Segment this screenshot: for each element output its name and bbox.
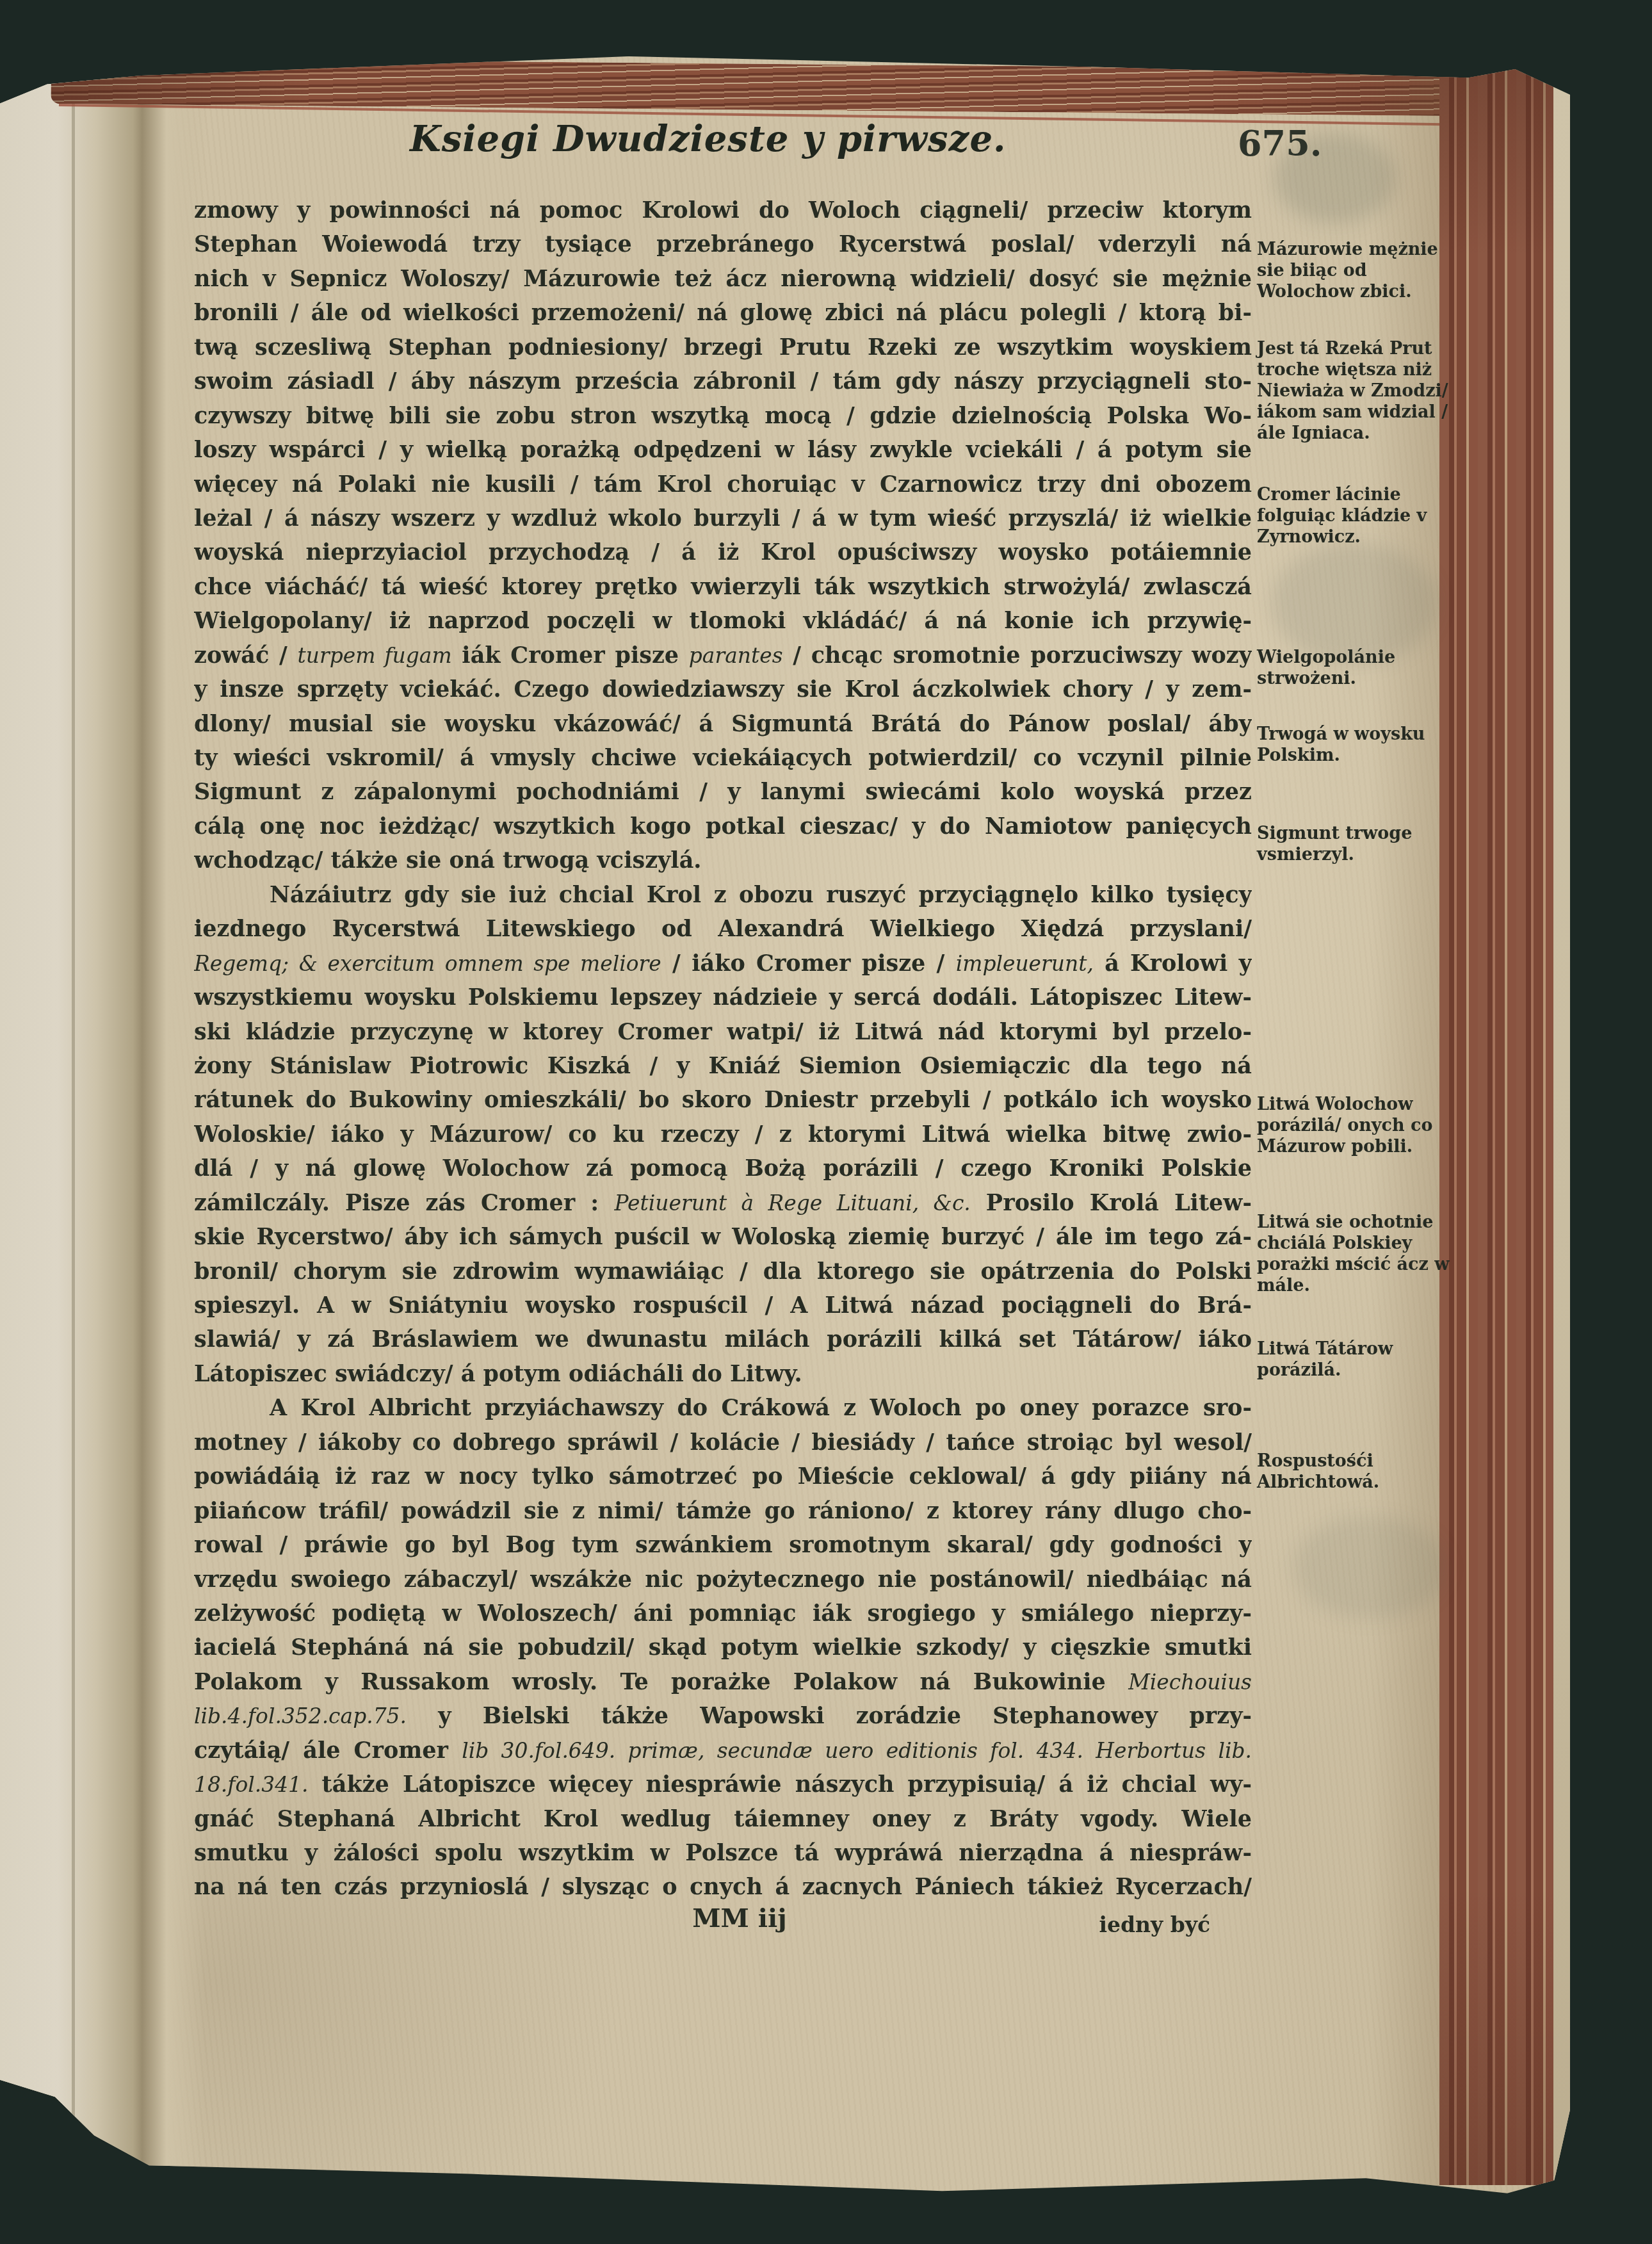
outer-leaf-edge [1553,69,1575,2176]
text-line: czywszy bitwę bili sie zobu stron wszytk… [194,399,1252,433]
text-line: nich v Sepnicz Woloszy/ Mázurowie też ác… [194,262,1252,296]
text-line: dlá / y ná glowę Wolochow zá pomocą Bożą… [194,1151,1252,1185]
margin-note: Trwogá w woysku Polskim. [1257,724,1463,766]
text-line: lib.4.fol.352.cap.75. y Bielski tákże Wa… [194,1699,1252,1733]
text-line: więcey ná Polaki nie kusili / tám Krol c… [194,467,1252,501]
text-line: y insze sprzęty vciekáć. Czego dowiedzia… [194,672,1252,706]
text-line: Regemq; & exercitum omnem spe meliore / … [194,947,1252,980]
text-line: piiańcow tráfil/ powádzil sie z nimi/ tá… [194,1494,1252,1528]
text-line: dlony/ musial sie woysku vkázowáć/ á Sig… [194,707,1252,741]
text-line: iezdnego Rycerstwá Litewskiego od Alexan… [194,912,1252,946]
text-line: wszystkiemu woysku Polskiemu lepszey nád… [194,980,1252,1014]
margin-note: Cromer lácinie folguiąc kládzie v Zyrnow… [1257,484,1463,548]
text-line: zowáć / turpem fugam iák Cromer pisze pa… [194,638,1252,672]
text-line: Látopiszec swiádczy/ á potym odiácháli d… [194,1357,1252,1391]
text-line: leżal / á nászy wszerz y wzdluż wkolo bu… [194,501,1252,535]
text-line: czytáią/ ále Cromer lib 30.fol.649. prim… [194,1734,1252,1768]
text-line: Názáiutrz gdy sie iuż chcial Krol z oboz… [194,878,1252,912]
gutter-crease-line [72,56,75,2195]
text-line: ty wieści vskromil/ á vmysly chciwe vcie… [194,741,1252,775]
page-number: 675. [1238,123,1322,164]
text-line: Polakom y Russakom wrosly. Te porażke Po… [194,1665,1252,1699]
text-line: na ná ten czás przynioslá / slysząc o cn… [194,1870,1252,1904]
main-text-lines: zmowy y powinności ná pomoc Krolowi do W… [194,193,1252,1905]
book-page: Ksiegi Dwudzieste y pirwsze. 675. zmowy … [0,56,1570,2195]
ink-smudge [1293,1516,1447,1619]
margin-note: Litwá Wolochow porázilá/ onych co Mázuro… [1257,1094,1463,1157]
text-line: swoim zásiadl / áby nászym prześcia zábr… [194,364,1252,398]
text-line: Sigmunt z zápalonymi pochodniámi / y lan… [194,775,1252,809]
margin-note: Litwá Tátárow porázilá. [1257,1338,1463,1381]
text-line: bronil/ chorym sie zdrowim wymawiáiąc / … [194,1255,1252,1289]
margin-note: Mázurowie mężnie sie biiąc od Wolochow z… [1257,239,1463,302]
margin-note: Rospustośći Albrichtowá. [1257,1451,1463,1493]
text-line: rowal / práwie go byl Bog tym szwánkiem … [194,1528,1252,1562]
text-line: gnáć Stephaná Albricht Krol wedlug táiem… [194,1802,1252,1836]
text-line: zámilczály. Pisze zás Cromer : Petiuerun… [194,1186,1252,1220]
text-line: Stephan Woiewodá trzy tysiące przebráneg… [194,227,1252,261]
text-line: bronili / ále od wielkości przemożeni/ n… [194,296,1252,330]
text-line: Wielgopolany/ iż naprzod poczęli w tlomo… [194,604,1252,638]
text-line: slawiá/ y zá Bráslawiem we dwunastu milá… [194,1322,1252,1356]
text-line: spieszyl. A w Sniátyniu woysko rospuścil… [194,1289,1252,1322]
book-scan: Ksiegi Dwudzieste y pirwsze. 675. zmowy … [0,0,1652,2244]
text-line: rátunek do Bukowiny omieszkáli/ bo skoro… [194,1083,1252,1117]
running-head: Ksiegi Dwudzieste y pirwsze. [410,118,1114,160]
text-line: wchodząc/ tákże sie oná trwogą vciszylá. [194,843,1252,877]
text-line: chce viácháć/ tá wieść ktorey prętko vwi… [194,570,1252,604]
text-line: motney / iákoby co dobrego spráwil / kol… [194,1426,1252,1459]
text-line: powiádáią iż raz w nocy tylko sámotrzeć … [194,1459,1252,1493]
margin-note: Wielgopolánie strwożeni. [1257,647,1463,689]
text-line: loszy wspárci / y wielką porażką odpędze… [194,433,1252,467]
text-line: zmowy y powinności ná pomoc Krolowi do W… [194,193,1252,227]
text-line: zelżywość podiętą w Woloszech/ áni pomni… [194,1597,1252,1630]
text-line: 18.fol.341. tákże Látopiszce więcey nies… [194,1768,1252,1801]
margin-note: Litwá sie ochotnie chciálá Polskiey pora… [1257,1212,1463,1296]
text-line: żony Stánislaw Piotrowic Kiszká / y Kniá… [194,1049,1252,1083]
margin-note: Sigmunt trwoge vsmierzyl. [1257,823,1463,865]
text-line: cálą onę noc ieżdżąc/ wszytkich kogo pot… [194,809,1252,843]
text-line: smutku y żálości spolu wszytkim w Polszc… [194,1836,1252,1870]
spine-headcap [83,0,730,65]
text-line: vrzędu swoiego zábaczyl/ wszákże nic poż… [194,1563,1252,1597]
catchword: iedny być [999,1912,1210,1937]
text-line: skie Rycerstwo/ áby ich sámych puścil w … [194,1220,1252,1254]
text-line: Woloskie/ iáko y Mázurow/ co ku rzeczy /… [194,1118,1252,1151]
text-line: woyská nieprzyiaciol przychodzą / á iż K… [194,535,1252,569]
margin-note: Jest tá Rzeká Prut troche więtsza niż Ni… [1257,338,1463,444]
text-line: iacielá Stepháná ná sie pobudzil/ skąd p… [194,1630,1252,1664]
signature-mark: MM iij [653,1903,826,1933]
text-line: twą sczesliwą Stephan podniesiony/ brzeg… [194,330,1252,364]
text-line: ski kládzie przyczynę w ktorey Cromer wa… [194,1015,1252,1049]
text-line: A Krol Albricht przyiáchawszy do Crákowá… [194,1391,1252,1425]
gutter-shading [0,56,205,2195]
